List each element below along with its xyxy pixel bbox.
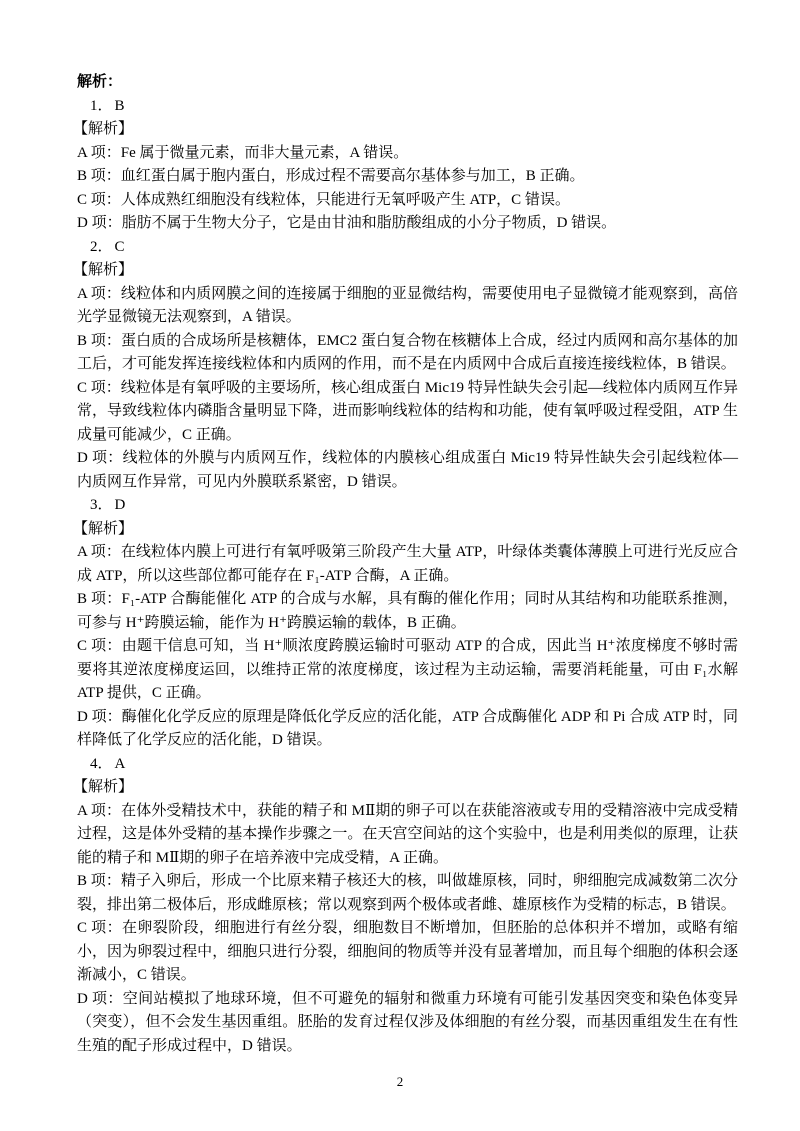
option-paragraph-c: C 项：线粒体是有氧呼吸的主要场所，核心组成蛋白 Mic19 特异性缺失会引起—… <box>77 377 738 448</box>
option-paragraph-a: A 项：线粒体和内质网膜之间的连接属于细胞的亚显微结构，需要使用电子显微镜才能观… <box>77 283 738 330</box>
question-block-3: 3．D 【解析】 A 项：在线粒体内膜上可进行有氧呼吸第三阶段产生大量 ATP，… <box>77 494 738 753</box>
question-answer: D <box>115 497 126 513</box>
question-answer-line: 1．B <box>77 95 738 119</box>
analysis-label: 【解析】 <box>73 259 738 283</box>
option-paragraph-c: C 项：在卵裂阶段，细胞进行有丝分裂，细胞数目不断增加，但胚胎的总体积并不增加，… <box>77 917 738 988</box>
option-paragraph-d: D 项：线粒体的外膜与内质网互作，线粒体的内膜核心组成蛋白 Mic19 特异性缺… <box>77 447 738 494</box>
option-paragraph-d: D 项：空间站模拟了地球环境，但不可避免的辐射和微重力环境有可能引发基因突变和染… <box>77 988 738 1059</box>
question-answer-line: 3．D <box>77 494 738 518</box>
analysis-label: 【解析】 <box>73 118 738 142</box>
question-block-1: 1．B 【解析】 A 项：Fe 属于微量元素，而非大量元素，A 错误。 B 项：… <box>77 95 738 236</box>
document-content: 解析： 1．B 【解析】 A 项：Fe 属于微量元素，而非大量元素，A 错误。 … <box>77 71 738 1058</box>
question-answer-line: 2．C <box>77 236 738 260</box>
option-paragraph-a: A 项：Fe 属于微量元素，而非大量元素，A 错误。 <box>77 142 738 166</box>
question-answer: C <box>115 239 125 255</box>
option-paragraph-b: B 项：蛋白质的合成场所是核糖体，EMC2 蛋白复合物在核糖体上合成，经过内质网… <box>77 330 738 377</box>
question-number: 2． <box>90 239 113 255</box>
option-paragraph-d: D 项：酶催化化学反应的原理是降低化学反应的活化能，ATP 合成酶催化 ADP … <box>77 706 738 753</box>
option-paragraph-a: A 项：在体外受精技术中，获能的精子和 MⅡ期的卵子可以在获能溶液或专用的受精溶… <box>77 800 738 871</box>
question-block-4: 4．A 【解析】 A 项：在体外受精技术中，获能的精子和 MⅡ期的卵子可以在获能… <box>77 753 738 1059</box>
question-number: 4． <box>90 756 113 772</box>
option-paragraph-a: A 项：在线粒体内膜上可进行有氧呼吸第三阶段产生大量 ATP，叶绿体类囊体薄膜上… <box>77 541 738 588</box>
option-paragraph-b: B 项：精子入卵后，形成一个比原来精子核还大的核，叫做雄原核，同时，卵细胞完成减… <box>77 870 738 917</box>
analysis-label: 【解析】 <box>73 776 738 800</box>
question-answer: B <box>115 98 125 114</box>
page-footer: 2 <box>0 1073 800 1091</box>
page-title: 解析： <box>77 71 738 95</box>
option-paragraph-d: D 项：脂肪不属于生物大分子，它是由甘油和脂肪酸组成的小分子物质，D 错误。 <box>77 212 738 236</box>
option-paragraph-c: C 项：由题干信息可知，当 H⁺顺浓度跨膜运输时可驱动 ATP 的合成，因此当 … <box>77 635 738 706</box>
analysis-label: 【解析】 <box>73 518 738 542</box>
page-number: 2 <box>397 1074 404 1089</box>
option-paragraph-c: C 项：人体成熟红细胞没有线粒体，只能进行无氧呼吸产生 ATP，C 错误。 <box>77 189 738 213</box>
question-number: 3． <box>90 497 113 513</box>
question-block-2: 2．C 【解析】 A 项：线粒体和内质网膜之间的连接属于细胞的亚显微结构，需要使… <box>77 236 738 495</box>
option-paragraph-b: B 项：F₁-ATP 合酶能催化 ATP 的合成与水解，具有酶的催化作用；同时从… <box>77 588 738 635</box>
question-number: 1． <box>90 98 113 114</box>
document-page: 解析： 1．B 【解析】 A 项：Fe 属于微量元素，而非大量元素，A 错误。 … <box>0 0 800 1131</box>
option-paragraph-b: B 项：血红蛋白属于胞内蛋白，形成过程不需要高尔基体参与加工，B 正确。 <box>77 165 738 189</box>
question-answer-line: 4．A <box>77 753 738 777</box>
question-answer: A <box>115 756 126 772</box>
